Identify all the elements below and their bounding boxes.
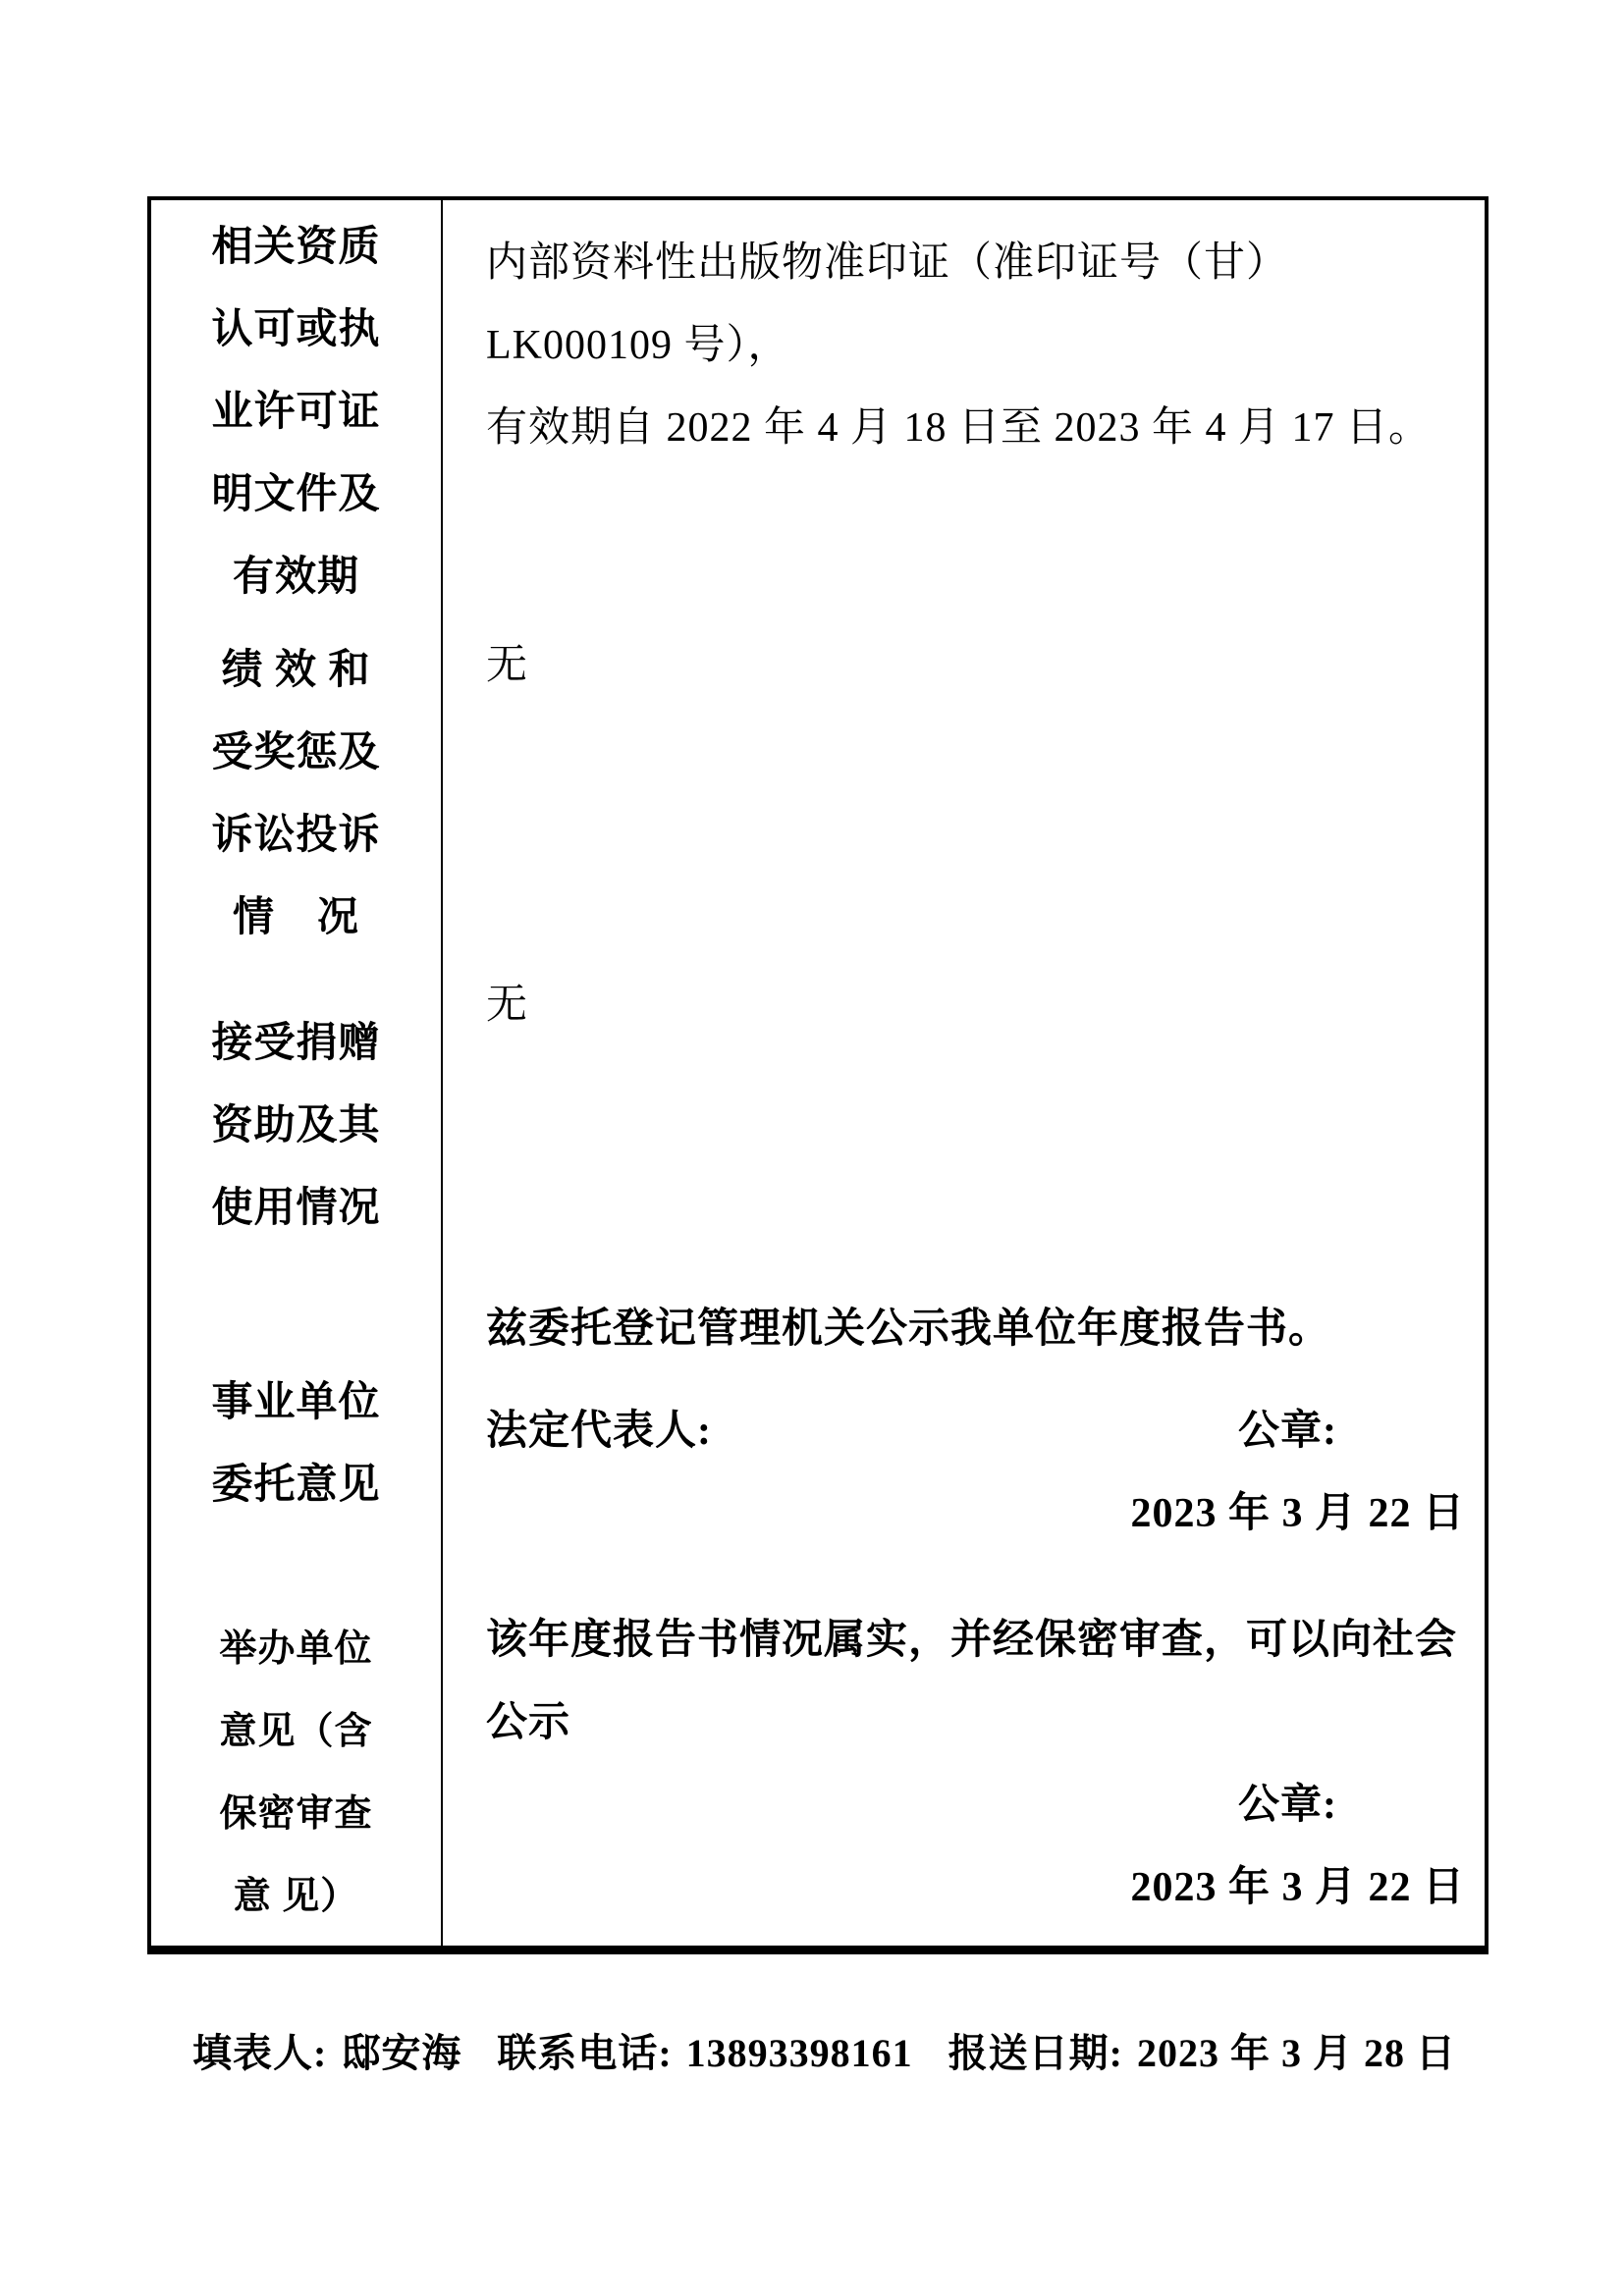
label-sponsor-opinion: 举办单位 意见（含 保密审查 意 见） <box>151 1599 441 1946</box>
filler-label: 填表人: <box>192 2031 327 2075</box>
content-performance-awards: 无 <box>441 624 1485 964</box>
label-line: 接受捐赠 <box>211 1002 380 1085</box>
label-line: 情 况 <box>233 877 359 959</box>
label-line: 资助及其 <box>211 1085 380 1167</box>
legal-representative-label: 法定代表人: <box>486 1390 712 1472</box>
official-seal-label: 公章: <box>486 1764 1465 1846</box>
label-performance-awards: 绩 效 和 受奖惩及 诉讼投诉 情 况 <box>151 624 441 964</box>
label-line: 受奖惩及 <box>211 712 380 794</box>
signature-row: 法定代表人: 公章: <box>486 1390 1465 1472</box>
label-line: 业许可证 <box>211 371 380 454</box>
label-line: 意见（含 <box>219 1690 372 1773</box>
submit-date: 2023 年 3 月 28 日 <box>1137 2031 1456 2075</box>
none-value: 无 <box>486 624 1465 707</box>
label-qualification-license: 相关资质 认可或执 业许可证 明文件及 有效期 <box>151 200 441 624</box>
label-line: 诉讼投诉 <box>211 794 380 877</box>
filler-name: 邸安海 <box>341 2031 461 2075</box>
label-line: 使用情况 <box>211 1167 380 1250</box>
annual-report-page: 相关资质 认可或执 业许可证 明文件及 有效期 内部资料性出版物准印证（准印证号… <box>0 0 1624 2296</box>
none-value: 无 <box>486 964 1465 1046</box>
label-line: 委托意见 <box>211 1444 380 1526</box>
submit-date-label: 报送日期: <box>948 2031 1123 2075</box>
content-qualification-license: 内部资料性出版物准印证（准印证号（甘）LK000109 号）， 有效期自 202… <box>441 200 1485 624</box>
label-line: 意 见） <box>234 1855 359 1938</box>
label-line: 事业单位 <box>211 1362 380 1444</box>
label-institution-opinion: 事业单位 委托意见 <box>151 1288 441 1599</box>
label-line: 绩 效 和 <box>221 629 370 712</box>
label-line: 保密审查 <box>219 1773 372 1855</box>
review-date: 2023 年 3 月 22 日 <box>486 1846 1465 1929</box>
review-statement-line-2: 公示 <box>486 1682 1465 1764</box>
form-footer: 填表人:邸安海联系电话:13893398161报送日期:2023 年 3 月 2… <box>149 1971 1504 2136</box>
review-statement-line-1: 该年度报告书情况属实，并经保密审查，可以向社会 <box>486 1599 1465 1682</box>
label-line: 举办单位 <box>219 1608 372 1690</box>
label-line: 相关资质 <box>211 206 380 289</box>
entrust-date: 2023 年 3 月 22 日 <box>486 1472 1465 1555</box>
license-line-1: 内部资料性出版物准印证（准印证号（甘）LK000109 号）， <box>486 222 1465 387</box>
entrust-statement: 兹委托登记管理机关公示我单位年度报告书。 <box>486 1288 1465 1370</box>
license-line-2: 有效期自 2022 年 4 月 18 日至 2023 年 4 月 17 日。 <box>486 387 1465 469</box>
label-line: 明文件及 <box>211 454 380 536</box>
label-line: 有效期 <box>233 536 359 618</box>
content-donations: 无 <box>441 964 1485 1288</box>
phone-number: 13893398161 <box>686 2031 913 2075</box>
annual-report-table: 相关资质 认可或执 业许可证 明文件及 有效期 内部资料性出版物准印证（准印证号… <box>147 196 1489 1954</box>
phone-label: 联系电话: <box>497 2031 672 2075</box>
label-line: 认可或执 <box>211 289 380 371</box>
content-sponsor-opinion: 该年度报告书情况属实，并经保密审查，可以向社会 公示 公章: 2023 年 3 … <box>441 1599 1485 1946</box>
official-seal-label: 公章: <box>1238 1390 1337 1472</box>
label-donations: 接受捐赠 资助及其 使用情况 <box>151 964 441 1288</box>
content-institution-opinion: 兹委托登记管理机关公示我单位年度报告书。 法定代表人: 公章: 2023 年 3… <box>441 1288 1485 1599</box>
